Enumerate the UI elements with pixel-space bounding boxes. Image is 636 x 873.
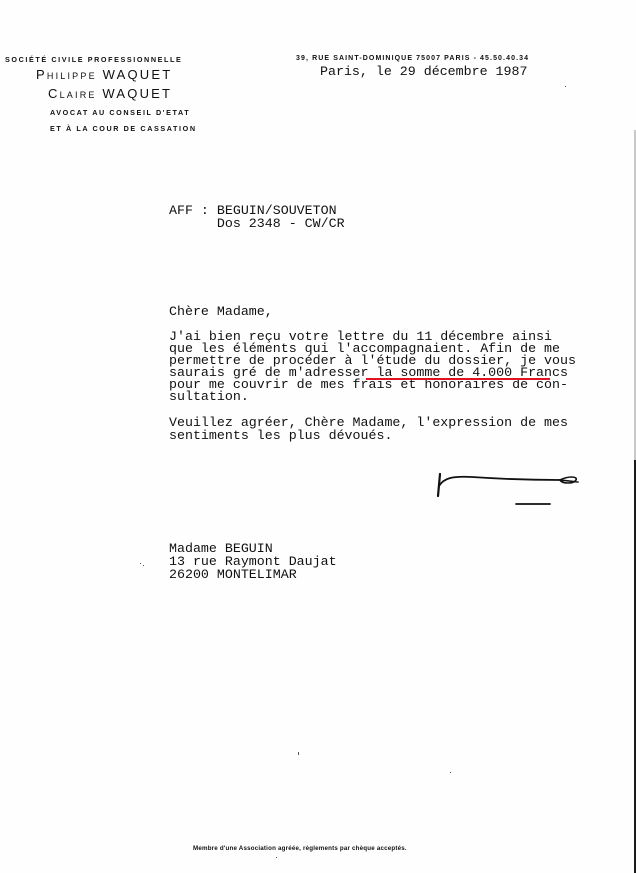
- salutation: Chère Madame,: [169, 306, 273, 319]
- red-underline-highlight: [366, 378, 550, 380]
- letterhead-firm-type: SOCIÉTÉ CIVILE PROFESSIONNELLE: [5, 55, 182, 64]
- scan-speck: [276, 857, 277, 858]
- body-line: sentiments les plus dévoués.: [169, 430, 392, 443]
- date-line: Paris, le 29 décembre 1987: [320, 66, 527, 79]
- scan-speck: [565, 86, 566, 87]
- scan-speck: [143, 565, 144, 566]
- recipient-city: 26200 MONTELIMAR: [169, 569, 297, 582]
- letterhead-title-2: ET À LA COUR DE CASSATION: [50, 124, 197, 133]
- scan-speck: [140, 563, 141, 564]
- letter-page: SOCIÉTÉ CIVILE PROFESSIONNELLE Philippe …: [0, 0, 636, 873]
- scan-speck: [450, 772, 451, 773]
- scan-speck: [298, 752, 299, 755]
- letterhead-partner-2: Claire WAQUET: [48, 86, 172, 101]
- body-line: sultation.: [169, 391, 249, 404]
- letterhead-title-1: AVOCAT AU CONSEIL D'ETAT: [50, 108, 190, 117]
- reference-line-2: Dos 2348 - CW/CR: [169, 218, 345, 231]
- letterhead-partner-1: Philippe WAQUET: [36, 67, 172, 82]
- signature-icon: [432, 468, 582, 513]
- footer-note: Membre d'une Association agréée, règleme…: [193, 845, 407, 852]
- letterhead-address: 39, RUE SAINT-DOMINIQUE 75007 PARIS - 45…: [296, 55, 529, 62]
